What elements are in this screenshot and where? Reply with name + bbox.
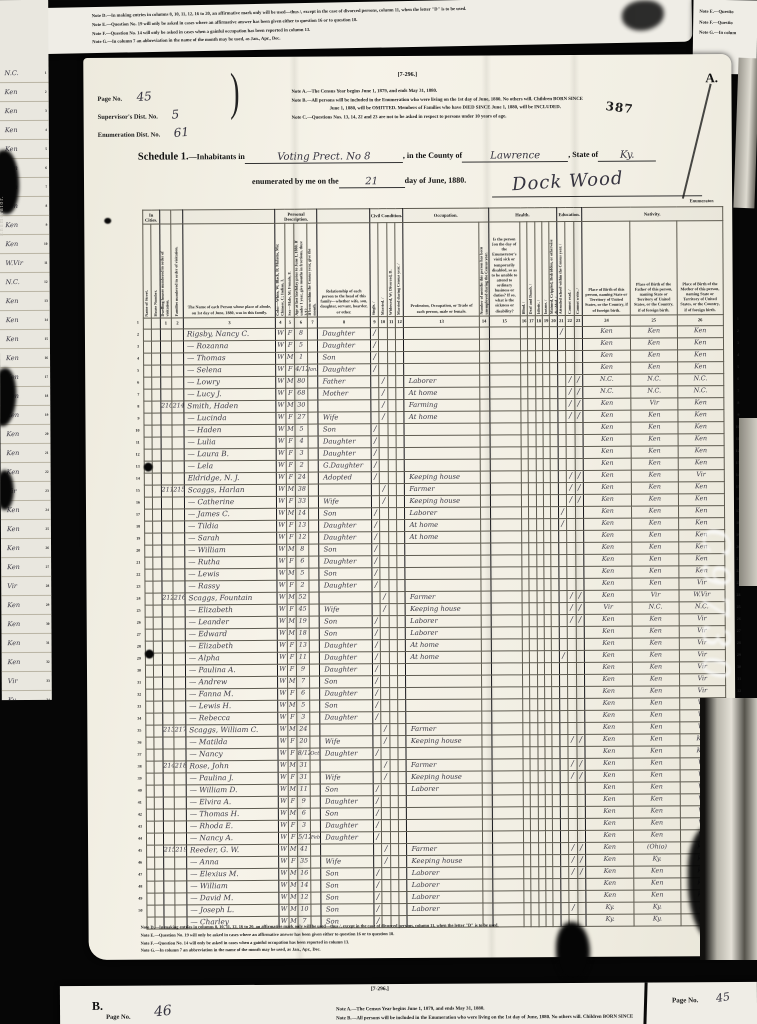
- cell-married: [379, 351, 387, 363]
- cell-single: [372, 591, 380, 603]
- cell-month: [309, 604, 320, 616]
- cell-blind: [522, 530, 529, 542]
- cell-name: — Nancy A.: [186, 832, 279, 845]
- cell-month: [308, 448, 319, 460]
- cell-insane: [543, 458, 550, 470]
- cell-school: /: [559, 650, 567, 662]
- cell-color: W: [279, 808, 289, 820]
- cell-street: [146, 737, 154, 749]
- cell-idiotic: [537, 554, 544, 566]
- cell-dwelling: [162, 701, 174, 713]
- cell-family: [172, 389, 184, 401]
- cell-widowed: [389, 663, 397, 675]
- cell-birthplace: Ken: [585, 674, 633, 686]
- left-page-entry: Ken31: [1, 634, 51, 653]
- line-number: 33: [129, 701, 141, 713]
- cell-father: Ken: [631, 362, 677, 374]
- cell-street: [144, 377, 152, 389]
- cell-maimed: [553, 878, 560, 890]
- cell-maimed: [551, 458, 558, 470]
- cell-school: [560, 794, 568, 806]
- cell-maimed: [553, 782, 560, 794]
- cell-married: [381, 639, 389, 651]
- cell-blind: [524, 830, 531, 842]
- line-number: 10: [727, 421, 739, 433]
- cell-insane: [543, 374, 550, 386]
- column-group-header: Occupation.: [403, 208, 488, 223]
- cell-married: /: [381, 759, 389, 771]
- cell-color: W: [276, 376, 286, 388]
- cell-widowed: [388, 459, 396, 471]
- cell-blind: [523, 698, 530, 710]
- cell-dwelling: [161, 437, 173, 449]
- cell-maimed: [552, 746, 559, 758]
- cell-school: [560, 830, 568, 842]
- cell-dwelling: 212: [162, 593, 174, 605]
- cell-birthplace: Ken: [584, 626, 632, 638]
- cell-single: /: [374, 867, 382, 879]
- cell-occupation: Farmer: [405, 591, 481, 603]
- cell-name: Scaggs, William C.: [186, 724, 279, 737]
- column-group-header: [317, 209, 370, 223]
- column-number: 18: [535, 315, 542, 326]
- cell-sickness: [492, 758, 524, 770]
- cell-insane: [543, 446, 550, 458]
- cell-widowed: [388, 471, 396, 483]
- cell-dwelling: [163, 749, 175, 761]
- cell-name: — James C.: [184, 508, 277, 521]
- cell-widowed: [391, 903, 399, 915]
- cell-single: /: [372, 627, 380, 639]
- cell-widowed: [389, 711, 397, 723]
- left-page-entry: Vir28: [1, 577, 51, 596]
- cell-blind: [522, 542, 529, 554]
- cell-dwelling: [163, 809, 175, 821]
- ink-blob: [556, 922, 590, 980]
- cell-married: [382, 903, 390, 915]
- line-number: 1: [727, 313, 739, 325]
- cell-family: [175, 797, 187, 809]
- day-value: 21: [339, 176, 405, 188]
- cell-name: — Anna: [187, 856, 280, 869]
- cell-dwelling: [163, 713, 175, 725]
- cell-sickness: [491, 590, 523, 602]
- cell-sickness: [490, 434, 522, 446]
- cell-sickness: [492, 818, 524, 830]
- line-number: 16: [128, 497, 140, 509]
- cell-single: /: [370, 327, 378, 339]
- cell-single: /: [373, 819, 381, 831]
- cell-dwelling: 213: [163, 725, 175, 737]
- cell-father: Ken: [631, 434, 677, 446]
- cell-dwelling: [163, 821, 175, 833]
- cell-month: [311, 868, 322, 880]
- cell-insane: [545, 806, 552, 818]
- line-number: 13: [728, 457, 740, 469]
- cell-maimed: [551, 470, 558, 482]
- cell-dwelling: [163, 857, 175, 869]
- cell-street: [146, 821, 154, 833]
- cell-idiotic: [536, 422, 543, 434]
- cell-idiotic: [537, 698, 544, 710]
- left-page-entry: Ken26: [1, 539, 51, 558]
- cell-name: — Lela: [184, 460, 277, 473]
- film-tear: [733, 58, 757, 209]
- cell-occupation: Keeping house: [407, 855, 483, 867]
- line-number: 48: [130, 881, 142, 893]
- cell-family: [173, 605, 185, 617]
- cell-color: W: [276, 328, 286, 340]
- cell-color: W: [278, 760, 288, 772]
- cell-father: Ken: [632, 614, 678, 626]
- cell-color: W: [276, 340, 286, 352]
- cell-deaf: [529, 458, 536, 470]
- cell-blind: [524, 854, 531, 866]
- column-header-mother: Place of Birth of the Mother of this per…: [676, 221, 723, 315]
- cell-married: /: [382, 855, 390, 867]
- cell-idiotic: [538, 866, 545, 878]
- cell-family: 218: [174, 761, 186, 773]
- cell-sickness: [491, 638, 523, 650]
- left-page-entry: Ken4: [0, 121, 49, 140]
- cell-father: Ken: [632, 554, 678, 566]
- cell-sickness: [492, 866, 524, 878]
- cell-maimed: [551, 494, 558, 506]
- cell-relation: Daughter: [318, 339, 371, 351]
- cell-month: [308, 508, 319, 520]
- cell-dwelling: [164, 893, 176, 905]
- cell-color: W: [279, 904, 289, 916]
- cell-color: W: [277, 532, 287, 544]
- cell-insane: [543, 422, 550, 434]
- cell-married: [382, 867, 390, 879]
- cell-married: /: [380, 591, 388, 603]
- column-number: 1: [160, 318, 172, 329]
- column-number: [143, 318, 151, 329]
- cell-dwelling: 210: [161, 401, 173, 413]
- cell-occupation: Farmer: [405, 483, 481, 495]
- cell-house: [153, 557, 161, 569]
- page-notes: Note A.—The Census Year begins June 1, 1…: [291, 86, 701, 123]
- cell-married: [381, 687, 389, 699]
- cell-family: [175, 809, 187, 821]
- cell-birthplace: Ken: [583, 362, 631, 374]
- cell-deaf: [530, 686, 537, 698]
- cell-month: [311, 892, 322, 904]
- cell-idiotic: [536, 506, 543, 518]
- cell-color: W: [279, 796, 289, 808]
- cell-married_year: [398, 699, 406, 711]
- cell-insane: [543, 410, 550, 422]
- cell-school: [560, 746, 568, 758]
- cell-maimed: [552, 710, 559, 722]
- cell-name: — Rhoda E.: [186, 820, 279, 833]
- left-page-entry: Ken32: [2, 653, 52, 672]
- cell-family: [173, 581, 185, 593]
- cell-insane: [544, 638, 551, 650]
- left-page-entry: N.C.12: [0, 273, 50, 292]
- cell-married_year: [396, 399, 404, 411]
- cell-house: [155, 857, 163, 869]
- cell-house: [154, 749, 162, 761]
- cell-married_year: [396, 447, 404, 459]
- form-number: [7-296.]: [60, 984, 700, 994]
- cell-maimed: [552, 734, 559, 746]
- cell-maimed: [552, 758, 559, 770]
- cell-birthplace: Ken: [582, 338, 630, 350]
- cell-insane: [544, 566, 551, 578]
- cell-month: [308, 460, 319, 472]
- cell-mother: Ken: [678, 457, 725, 469]
- cell-school: [560, 842, 568, 854]
- cell-idiotic: [538, 722, 545, 734]
- cell-name: — Lewis: [185, 568, 278, 581]
- column-number: 20: [550, 315, 557, 326]
- cell-family: [174, 689, 186, 701]
- left-page-entry: Ken13: [0, 292, 50, 311]
- column-header-sickness: Is the person [on the day of the Enumera…: [488, 222, 520, 316]
- column-group-header: [183, 209, 276, 224]
- prev-page-notes: Note D.—In making entries in columns 8, …: [92, 1, 693, 48]
- cell-house: [153, 449, 161, 461]
- cell-house: [155, 809, 163, 821]
- cell-married_year: [398, 735, 406, 747]
- cell-widowed: [389, 687, 397, 699]
- cell-occupation: [405, 447, 481, 459]
- cell-occupation: Laborer: [405, 507, 481, 519]
- cell-house: [153, 605, 161, 617]
- cell-dwelling: [162, 629, 174, 641]
- cell-deaf: [529, 578, 536, 590]
- cell-deaf: [531, 854, 538, 866]
- cell-street: [145, 605, 153, 617]
- cell-insane: [544, 650, 551, 662]
- line-number: 6: [127, 377, 139, 389]
- cell-relation: Daughter: [321, 831, 374, 843]
- cell-deaf: [531, 890, 538, 902]
- cell-married: [379, 327, 387, 339]
- line-number: 1: [127, 317, 139, 329]
- column-number: 7: [307, 317, 318, 328]
- line-number: 7: [727, 385, 739, 397]
- cell-married_year: [398, 675, 406, 687]
- cell-married_year: [397, 567, 405, 579]
- cell-sickness: [492, 770, 524, 782]
- cell-birthplace: Ken: [584, 554, 632, 566]
- cell-father: N.C.: [632, 602, 678, 614]
- cell-name: Rigsby, Nancy C.: [183, 328, 276, 341]
- left-page-entry: Ken27: [1, 558, 51, 577]
- cell-relation: Son: [319, 567, 372, 579]
- cell-sickness: [490, 578, 522, 590]
- cell-sickness: [492, 854, 524, 866]
- cell-idiotic: [536, 398, 543, 410]
- cell-month: Oct.: [310, 748, 321, 760]
- cell-father: Ken: [631, 410, 677, 422]
- cell-dwelling: [162, 557, 174, 569]
- cell-widowed: [388, 531, 396, 543]
- cell-school: [560, 782, 568, 794]
- cell-blind: [522, 578, 529, 590]
- column-header-month: If born within the Census year, give the…: [307, 223, 318, 317]
- cell-month: [309, 628, 320, 640]
- column-group-header: [171, 210, 183, 224]
- cell-widowed: [388, 483, 396, 495]
- line-number: 50: [130, 905, 142, 917]
- line-number: 26: [129, 617, 141, 629]
- cell-name: — Alpha: [185, 652, 278, 665]
- cell-single: [371, 375, 379, 387]
- cell-sickness: [491, 650, 523, 662]
- cell-street: [143, 329, 151, 341]
- cell-relation: Son: [318, 351, 371, 363]
- cell-father: Ken: [633, 685, 679, 697]
- note-a: Note A.—The Census Year begins June 1, 1…: [336, 1007, 485, 1013]
- cell-relation: Wife: [320, 735, 373, 747]
- cell-occupation: Laborer: [406, 615, 482, 627]
- cell-idiotic: [538, 818, 545, 830]
- enumerator-signature: Dock Wood: [511, 168, 624, 195]
- cell-birthplace: Ken: [586, 878, 634, 890]
- cell-father: (Ohio): [634, 841, 680, 853]
- cell-mother: Ken: [678, 493, 725, 505]
- cell-occupation: [406, 711, 482, 723]
- cell-color: W: [277, 508, 287, 520]
- cell-married_year: [397, 579, 405, 591]
- cell-relation: Daughter: [318, 435, 371, 447]
- cell-insane: [543, 482, 550, 494]
- cell-month: [309, 640, 320, 652]
- line-number: 15: [128, 485, 140, 497]
- cell-married: [380, 555, 388, 567]
- cell-house: [152, 341, 160, 353]
- cell-name: — William D.: [186, 784, 279, 797]
- cell-occupation: [405, 543, 481, 555]
- cell-month: [310, 724, 321, 736]
- cell-family: [174, 749, 186, 761]
- cell-married: /: [382, 843, 390, 855]
- cell-sickness: [490, 566, 522, 578]
- cell-color: W: [277, 580, 287, 592]
- cell-sickness: [492, 878, 524, 890]
- cell-blind: [521, 350, 528, 362]
- cell-street: [144, 425, 152, 437]
- county-value: Lawrence: [462, 150, 568, 163]
- cell-insane: [543, 350, 550, 362]
- left-page-entry: Ken9: [0, 216, 49, 235]
- prev-page-fragment: Note D.—In making entries in columns 8, …: [24, 0, 693, 54]
- cell-married_year: [397, 555, 405, 567]
- cell-deaf: [531, 878, 538, 890]
- cell-deaf: [530, 758, 537, 770]
- cell-street: [147, 857, 155, 869]
- cell-month: [307, 352, 318, 364]
- cell-deaf: [528, 422, 535, 434]
- cell-month: [308, 436, 319, 448]
- cell-street: [145, 665, 153, 677]
- column-number: 13: [404, 316, 480, 327]
- cell-father: Ken: [632, 494, 678, 506]
- cell-family: [172, 437, 184, 449]
- cell-birthplace: Ken: [586, 854, 634, 866]
- cell-house: [152, 413, 160, 425]
- cell-dwelling: [162, 641, 174, 653]
- cell-relation: Daughter: [320, 687, 373, 699]
- cell-dwelling: 215: [163, 845, 175, 857]
- cell-family: 214: [172, 401, 184, 413]
- cell-blind: [524, 878, 531, 890]
- cell-married: [379, 459, 387, 471]
- cell-street: [144, 365, 152, 377]
- cell-birthplace: Ken: [585, 758, 633, 770]
- cell-married_year: [398, 759, 406, 771]
- cell-blind: [524, 890, 531, 902]
- left-page-entry: W.Vir11: [0, 254, 50, 273]
- cell-school: [561, 866, 569, 878]
- cell-single: /: [371, 471, 379, 483]
- column-number: 24: [582, 315, 630, 326]
- cell-insane: [545, 758, 552, 770]
- cell-school: [557, 338, 565, 350]
- line-number: 34: [129, 713, 141, 725]
- cell-married_year: [396, 411, 404, 423]
- cell-month: Jan.: [307, 364, 318, 376]
- cell-insane: [544, 494, 551, 506]
- cell-single: [373, 771, 381, 783]
- left-page-entry: Ken30: [1, 615, 51, 634]
- cell-single: /: [372, 567, 380, 579]
- cell-month: [310, 796, 321, 808]
- cell-single: [373, 843, 381, 855]
- cell-single: /: [372, 639, 380, 651]
- cell-sickness: [489, 410, 521, 422]
- cell-idiotic: [536, 482, 543, 494]
- cell-sickness: [491, 674, 523, 686]
- cell-widowed: [389, 627, 397, 639]
- cell-color: W: [279, 844, 289, 856]
- cell-widowed: [390, 795, 398, 807]
- cell-maimed: [552, 650, 559, 662]
- column-header-relation: Relationship of each person to the head …: [317, 223, 370, 317]
- cell-widowed: [388, 435, 396, 447]
- line-number: 3: [127, 341, 139, 353]
- cell-school: [559, 590, 567, 602]
- cell-mother: Ken: [677, 361, 724, 373]
- cell-married_year: [397, 507, 405, 519]
- state-value: Ky.: [598, 149, 656, 161]
- cell-name: — Paulina A.: [185, 664, 278, 677]
- cell-color: W: [277, 616, 287, 628]
- cell-mother: N.C.: [677, 385, 724, 397]
- cell-family: [172, 449, 184, 461]
- cell-maimed: [552, 626, 559, 638]
- cell-relation: Son: [321, 783, 374, 795]
- cell-relation: Son: [320, 615, 373, 627]
- cell-color: W: [276, 424, 286, 436]
- cell-street: [147, 893, 155, 905]
- cell-street: [145, 581, 153, 593]
- cell-blind: [521, 374, 528, 386]
- line-number: 3: [727, 337, 739, 349]
- cell-family: [174, 677, 186, 689]
- cell-school: [559, 566, 567, 578]
- cell-mother: Vir: [678, 469, 725, 481]
- line-number: 2: [127, 329, 139, 341]
- cell-sickness: [489, 398, 521, 410]
- column-number: 12: [395, 316, 403, 327]
- cell-school: [558, 422, 566, 434]
- cell-school: [559, 662, 567, 674]
